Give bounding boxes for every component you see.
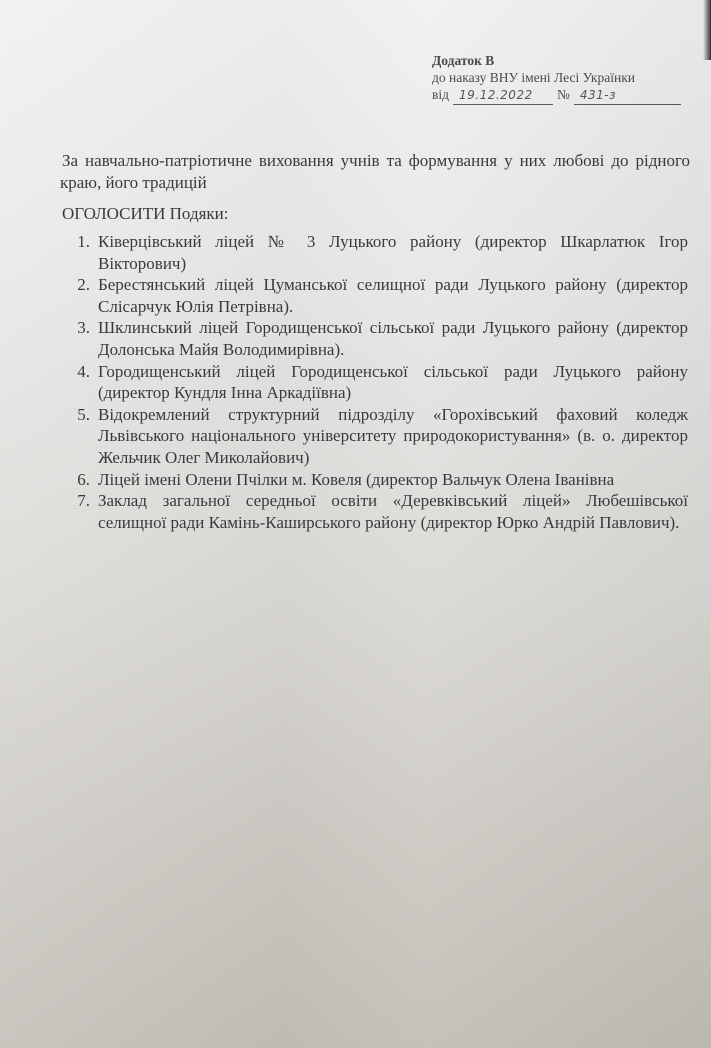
annex-title: Додаток В — [432, 52, 681, 69]
list-item: 5.Відокремлений структурний підрозділу «… — [62, 404, 688, 469]
page-corner-shadow — [703, 0, 711, 60]
awardees-list: 1.Ківерцівський ліцей № 3 Луцького район… — [62, 231, 688, 533]
announce-heading: ОГОЛОСИТИ Подяки: — [62, 203, 229, 225]
handwritten-order-number: 431-з — [574, 87, 681, 105]
annex-order-reference: до наказу ВНУ імені Лесі Українки — [432, 69, 681, 86]
document-page: Додаток В до наказу ВНУ імені Лесі Украї… — [0, 0, 711, 1048]
intro-paragraph: За навчально-патріотичне виховання учнів… — [60, 150, 690, 194]
list-item: 7.Заклад загальної середньої освіти «Дер… — [62, 490, 688, 533]
list-item: 2.Берестянський ліцей Цуманської селищно… — [62, 274, 688, 317]
number-label: № — [557, 86, 570, 103]
annex-header: Додаток В до наказу ВНУ імені Лесі Украї… — [432, 52, 681, 105]
handwritten-date: 19.12.2022 — [453, 87, 553, 105]
from-label: від — [432, 86, 449, 103]
list-item: 4.Городищенський ліцей Городищенської сі… — [62, 361, 688, 404]
intro-text: За навчально-патріотичне виховання учнів… — [60, 151, 690, 192]
annex-date-number: від 19.12.2022 № 431-з — [432, 86, 681, 105]
list-item: 1.Ківерцівський ліцей № 3 Луцького район… — [62, 231, 688, 274]
list-item: 3.Шклинський ліцей Городищенської сільсь… — [62, 317, 688, 360]
list-item: 6.Ліцей імені Олени Пчілки м. Ковеля (ди… — [62, 469, 688, 491]
